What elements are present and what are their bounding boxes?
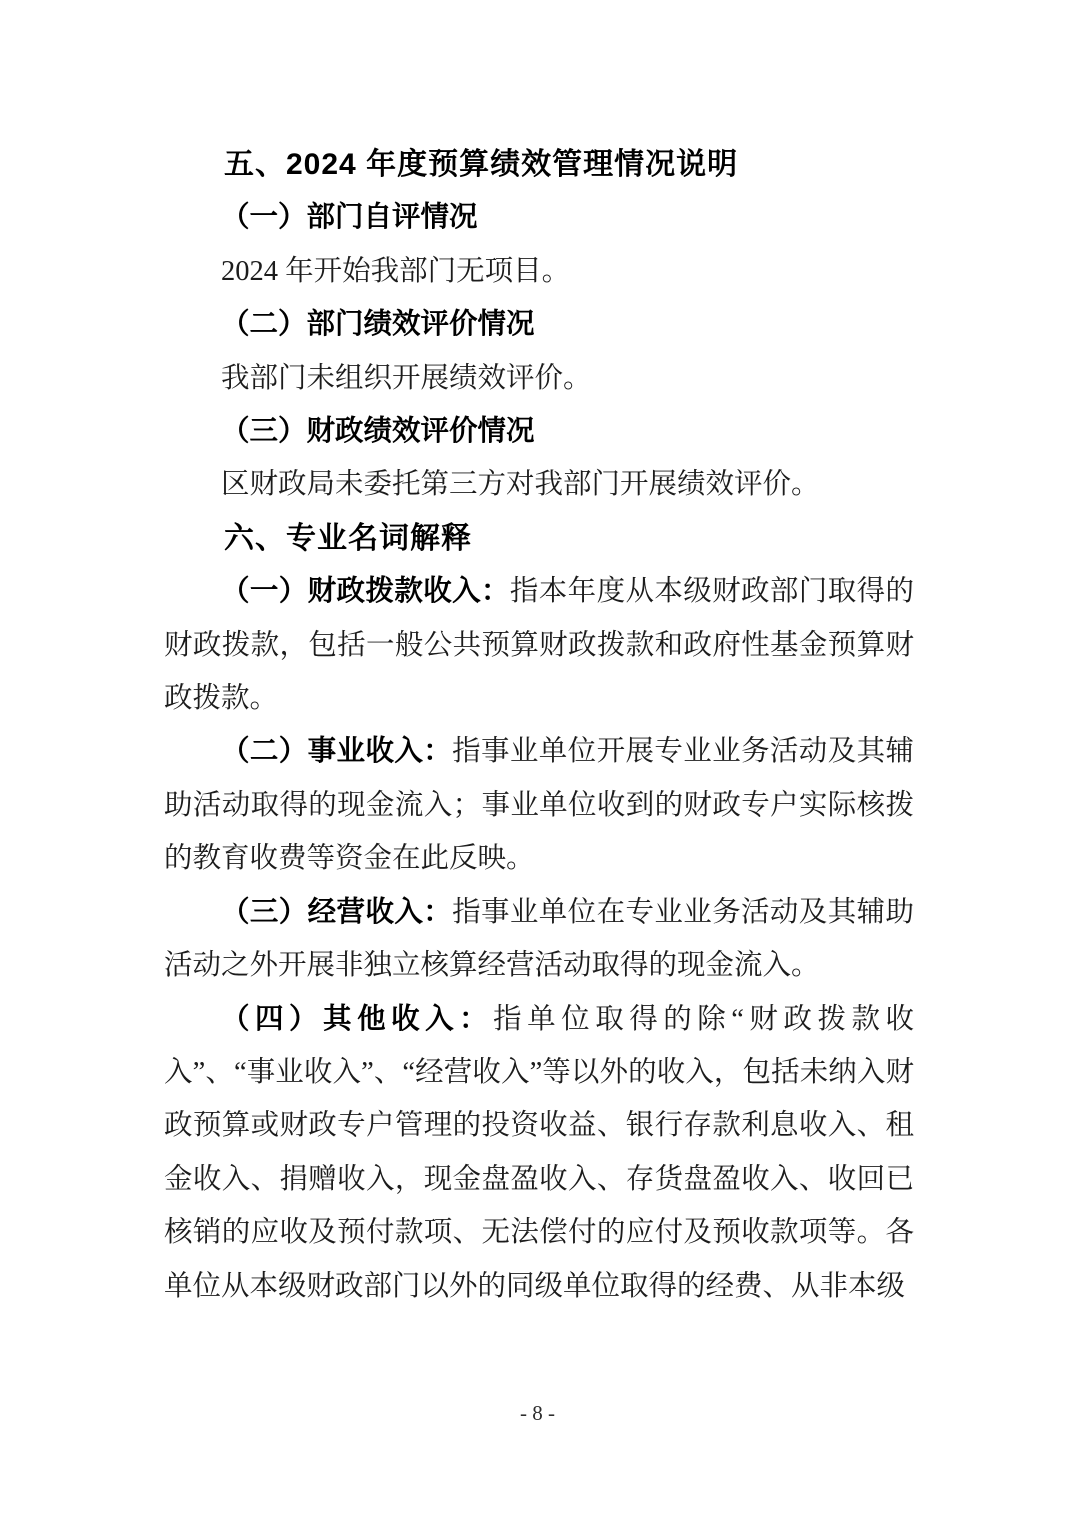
term-definition-other-income: （四）其他收入：指单位取得的除“财政拨款收入”、“事业收入”、“经营收入”等以外…: [164, 993, 914, 1313]
page-number: - 8 -: [0, 1400, 1075, 1426]
document-page: 五、2024 年度预算绩效管理情况说明 （一）部门自评情况 2024 年开始我部…: [0, 0, 1075, 1520]
paragraph-dept-self-evaluation: 2024 年开始我部门无项目。: [164, 245, 914, 298]
term-name-other-income: （四）其他收入：: [221, 1004, 493, 1035]
section-heading-six: 六、专业名词解释: [164, 512, 914, 565]
term-definition-fiscal-appropriation-income: （一）财政拨款收入：指本年度从本级财政部门取得的财政拨款，包括一般公共预算财政拨…: [164, 565, 914, 725]
subsection-heading-fiscal-performance-evaluation: （三）财政绩效评价情况: [164, 405, 914, 458]
paragraph-dept-performance-evaluation: 我部门未组织开展绩效评价。: [164, 352, 914, 405]
subsection-heading-dept-performance-evaluation: （二）部门绩效评价情况: [164, 298, 914, 351]
term-definition-institutional-income: （二）事业收入：指事业单位开展专业业务活动及其辅助活动取得的现金流入；事业单位收…: [164, 725, 914, 885]
term-definition-operating-income: （三）经营收入：指事业单位在专业业务活动及其辅助活动之外开展非独立核算经营活动取…: [164, 886, 914, 993]
document-content: 五、2024 年度预算绩效管理情况说明 （一）部门自评情况 2024 年开始我部…: [164, 138, 914, 1313]
subsection-heading-dept-self-evaluation: （一）部门自评情况: [164, 191, 914, 244]
section-heading-five: 五、2024 年度预算绩效管理情况说明: [164, 138, 914, 191]
term-body-other-income: 指单位取得的除“财政拨款收入”、“事业收入”、“经营收入”等以外的收入，包括未纳…: [164, 1004, 914, 1302]
term-name-operating-income: （三）经营收入：: [221, 897, 452, 928]
paragraph-fiscal-performance-evaluation: 区财政局未委托第三方对我部门开展绩效评价。: [164, 458, 914, 511]
term-name-institutional-income: （二）事业收入：: [221, 736, 452, 767]
term-name-fiscal-appropriation-income: （一）财政拨款收入：: [221, 576, 510, 607]
